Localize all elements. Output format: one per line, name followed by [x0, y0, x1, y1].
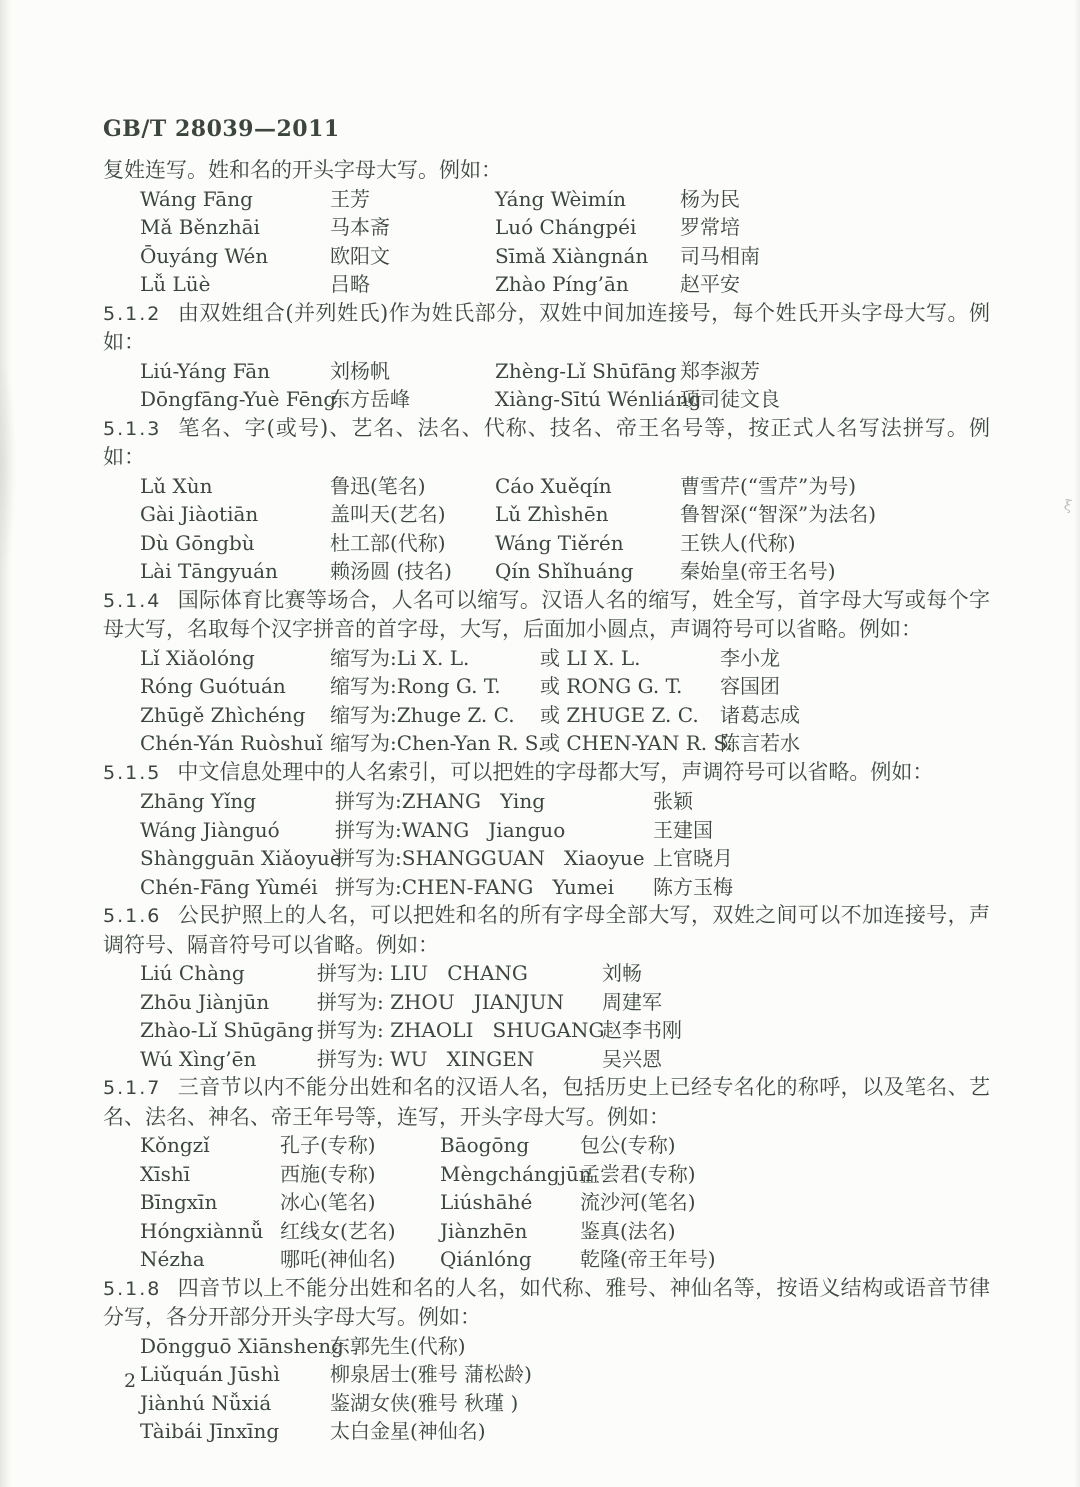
example-cell: 哪吒(神仙名): [280, 1245, 440, 1274]
example-cell: Lǔ Xùn: [140, 472, 330, 501]
example-row: Wú Xìng’ēn拼写为: WU XINGEN吴兴恩: [140, 1045, 990, 1074]
example-row: Chén-Yán Ruòshuǐ缩写为:Chen-Yan R. S.或 CHEN…: [140, 729, 990, 758]
example-cell: Xiàng-Sītú Wénliáng: [495, 385, 680, 414]
example-cell: Bāogōng: [440, 1131, 580, 1160]
margin-pencil-mark: ξ: [1063, 497, 1073, 514]
example-cell: 欧阳文: [330, 242, 495, 271]
example-cell: 杨为民: [680, 185, 990, 214]
example-cell: 西施(专称): [280, 1160, 440, 1189]
example-cell: 东郭先生(代称): [330, 1332, 990, 1361]
example-cell: Nézha: [140, 1245, 280, 1274]
scan-right-edge-artifact: [1074, 0, 1080, 1487]
example-cell: Yáng Wèimín: [495, 185, 680, 214]
example-cell: 李小龙: [720, 644, 990, 673]
example-table: Dōngguō Xiānsheng东郭先生(代称)Liǔquán Jūshì柳泉…: [140, 1332, 990, 1446]
clause-text: 四音节以上不能分出姓和名的人名，如代称、雅号、神仙名等，按语义结构或语音节律分写…: [103, 1276, 990, 1330]
example-cell: Lǚ Lüè: [140, 270, 330, 299]
example-cell: 刘畅: [602, 959, 990, 988]
example-table: Zhāng Yǐng拼写为:ZHANG Ying张颖Wáng Jiànguó拼写…: [140, 787, 990, 901]
example-cell: Hóngxiànnǚ: [140, 1217, 280, 1246]
example-cell: Tàibái Jīnxīng: [140, 1417, 330, 1446]
example-row: Lǐ Xiǎolóng缩写为:Li X. L.或 LI X. L.李小龙: [140, 644, 990, 673]
example-cell: Xīshī: [140, 1160, 280, 1189]
example-cell: Chén-Yán Ruòshuǐ: [140, 729, 330, 758]
clause-text: 由双姓组合(并列姓氏)作为姓氏部分，双姓中间加连接号，每个姓氏开头字母大写。例如…: [103, 301, 990, 355]
example-cell: Mèngchángjūn: [440, 1160, 580, 1189]
example-cell: 东方岳峰: [330, 385, 495, 414]
clause-number: 5.1.8: [103, 1278, 161, 1300]
example-row: Shàngguān Xiǎoyuè拼写为:SHANGGUAN Xiaoyue上官…: [140, 844, 990, 873]
example-cell: Wú Xìng’ēn: [140, 1045, 317, 1074]
example-row: Bīngxīn冰心(笔名)Liúshāhé流沙河(笔名): [140, 1188, 990, 1217]
example-cell: 拼写为:SHANGGUAN Xiaoyue: [335, 844, 653, 873]
clause-text: 三音节以内不能分出姓和名的汉语人名，包括历史上已经专名化的称呼，以及笔名、艺名、…: [103, 1075, 990, 1129]
example-row: Róng Guótuán缩写为:Rong G. T.或 RONG G. T.容国…: [140, 672, 990, 701]
continuation-paragraph: 复姓连写。姓和名的开头字母大写。例如：: [103, 156, 990, 185]
clause-number: 5.1.4: [103, 590, 161, 612]
example-cell: 司马相南: [680, 242, 990, 271]
example-row: Zhūgě Zhìchéng缩写为:Zhuge Z. C.或 ZHUGE Z. …: [140, 701, 990, 730]
example-cell: Luó Chángpéi: [495, 213, 680, 242]
example-cell: 拼写为: ZHAOLI SHUGANG: [317, 1016, 602, 1045]
example-cell: 孟尝君(专称): [580, 1160, 990, 1189]
example-table: Wáng Fāng王芳Yáng Wèimín杨为民Mǎ Běnzhāi马本斋Lu…: [140, 185, 990, 299]
scan-left-smudge-artifact: [0, 360, 16, 570]
example-cell: Wáng Fāng: [140, 185, 330, 214]
example-cell: Róng Guótuán: [140, 672, 330, 701]
example-row: Chén-Fāng Yùméi拼写为:CHEN-FANG Yumei陈方玉梅: [140, 873, 990, 902]
example-cell: Jiànhú Nǚxiá: [140, 1389, 330, 1418]
clause-text: 复姓连写。姓和名的开头字母大写。例如：: [103, 158, 502, 182]
example-row: Liú Chàng拼写为: LIU CHANG刘畅: [140, 959, 990, 988]
example-cell: 陈言若水: [720, 729, 990, 758]
example-cell: Chén-Fāng Yùméi: [140, 873, 335, 902]
clause-number: 5.1.2: [103, 303, 161, 325]
example-cell: Zhūgě Zhìchéng: [140, 701, 330, 730]
clause-paragraph: 5.1.2由双姓组合(并列姓氏)作为姓氏部分，双姓中间加连接号，每个姓氏开头字母…: [103, 299, 990, 357]
example-cell: 王铁人(代称): [680, 529, 990, 558]
scan-left-edge-artifact: [0, 0, 12, 1487]
example-cell: 上官晓月: [653, 844, 990, 873]
example-cell: Kǒngzǐ: [140, 1131, 280, 1160]
example-cell: 太白金星(神仙名): [330, 1417, 990, 1446]
standard-number-header: GB/T 28039—2011: [103, 116, 340, 142]
example-table: Lǔ Xùn鲁迅(笔名)Cáo Xuěqín曹雪芹(“雪芹”为号)Gài Jià…: [140, 472, 990, 586]
example-cell: 缩写为:Li X. L.: [330, 644, 540, 673]
example-cell: 鉴湖女侠(雅号 秋瑾 ): [330, 1389, 990, 1418]
example-cell: 拼写为:CHEN-FANG Yumei: [335, 873, 653, 902]
example-cell: Dù Gōngbù: [140, 529, 330, 558]
example-cell: 郑李淑芳: [680, 357, 990, 386]
example-cell: 拼写为: WU XINGEN: [317, 1045, 602, 1074]
example-cell: 缩写为:Chen-Yan R. S.: [330, 729, 540, 758]
example-table: Liú-Yáng Fān刘杨帆Zhèng-Lǐ Shūfāng郑李淑芳Dōngf…: [140, 357, 990, 414]
example-cell: 曹雪芹(“雪芹”为号): [680, 472, 990, 501]
example-row: Ōuyáng Wén欧阳文Sīmǎ Xiàngnán司马相南: [140, 242, 990, 271]
example-cell: 赵李书刚: [602, 1016, 990, 1045]
clause-paragraph: 5.1.3笔名、字(或号)、艺名、法名、代称、技名、帝王名号等，按正式人名写法拼…: [103, 414, 990, 472]
example-cell: Ōuyáng Wén: [140, 242, 330, 271]
example-cell: 诸葛志成: [720, 701, 990, 730]
example-cell: Zhào-Lǐ Shūgāng: [140, 1016, 317, 1045]
example-cell: 赵平安: [680, 270, 990, 299]
example-cell: Dōngfāng-Yuè Fēng: [140, 385, 330, 414]
example-cell: Liú-Yáng Fān: [140, 357, 330, 386]
clause-paragraph: 5.1.7三音节以内不能分出姓和名的汉语人名，包括历史上已经专名化的称呼，以及笔…: [103, 1073, 990, 1131]
example-row: Zhào-Lǐ Shūgāng拼写为: ZHAOLI SHUGANG赵李书刚: [140, 1016, 990, 1045]
example-cell: 或 CHEN-YAN R. S.: [540, 729, 720, 758]
example-cell: 红线女(艺名): [280, 1217, 440, 1246]
clause-number: 5.1.6: [103, 905, 161, 927]
example-row: Mǎ Běnzhāi马本斋Luó Chángpéi罗常培: [140, 213, 990, 242]
clause-paragraph: 5.1.8四音节以上不能分出姓和名的人名，如代称、雅号、神仙名等，按语义结构或语…: [103, 1274, 990, 1332]
example-row: Dōngfāng-Yuè Fēng东方岳峰Xiàng-Sītú Wénliáng…: [140, 385, 990, 414]
example-row: Lǚ Lüè吕略Zhào Píng’ān赵平安: [140, 270, 990, 299]
clause-paragraph: 5.1.6公民护照上的人名，可以把姓和名的所有字母全部大写，双姓之间可以不加连接…: [103, 901, 990, 959]
example-row: Wáng Fāng王芳Yáng Wèimín杨为民: [140, 185, 990, 214]
example-row: Tàibái Jīnxīng太白金星(神仙名): [140, 1417, 990, 1446]
example-cell: 吕略: [330, 270, 495, 299]
example-cell: Mǎ Běnzhāi: [140, 213, 330, 242]
example-row: Zhāng Yǐng拼写为:ZHANG Ying张颖: [140, 787, 990, 816]
example-row: Hóngxiànnǚ红线女(艺名)Jiànzhēn鉴真(法名): [140, 1217, 990, 1246]
example-cell: 或 ZHUGE Z. C.: [540, 701, 720, 730]
example-cell: 秦始皇(帝王名号): [680, 557, 990, 586]
example-cell: 柳泉居士(雅号 蒲松龄): [330, 1360, 990, 1389]
example-cell: Zhāng Yǐng: [140, 787, 335, 816]
clause-paragraph: 5.1.5中文信息处理中的人名索引，可以把姓的字母都大写，声调符号可以省略。例如…: [103, 758, 990, 788]
example-cell: 赖汤圆 (技名): [330, 557, 495, 586]
example-cell: Lǔ Zhìshēn: [495, 500, 680, 529]
example-cell: 拼写为: ZHOU JIANJUN: [317, 988, 602, 1017]
clause-number: 5.1.3: [103, 418, 161, 440]
example-row: Liú-Yáng Fān刘杨帆Zhèng-Lǐ Shūfāng郑李淑芳: [140, 357, 990, 386]
example-cell: 或 LI X. L.: [540, 644, 720, 673]
example-row: Wáng Jiànguó拼写为:WANG Jianguo王建国: [140, 816, 990, 845]
example-cell: 罗常培: [680, 213, 990, 242]
example-cell: 拼写为: LIU CHANG: [317, 959, 602, 988]
example-cell: 孔子(专称): [280, 1131, 440, 1160]
example-row: Xīshī西施(专称)Mèngchángjūn孟尝君(专称): [140, 1160, 990, 1189]
example-cell: Qín Shǐhuáng: [495, 557, 680, 586]
example-cell: 乾隆(帝王年号): [580, 1245, 990, 1274]
example-row: Lài Tāngyuán赖汤圆 (技名)Qín Shǐhuáng秦始皇(帝王名号…: [140, 557, 990, 586]
example-cell: 缩写为:Rong G. T.: [330, 672, 540, 701]
clause-text: 国际体育比赛等场合，人名可以缩写。汉语人名的缩写，姓全写，首字母大写或每个字母大…: [103, 588, 990, 642]
example-row: Gài Jiàotiān盖叫天(艺名)Lǔ Zhìshēn鲁智深(“智深”为法名…: [140, 500, 990, 529]
example-cell: 王芳: [330, 185, 495, 214]
example-cell: 包公(专称): [580, 1131, 990, 1160]
page-number: 2: [124, 1370, 136, 1392]
example-cell: 周建军: [602, 988, 990, 1017]
example-cell: Jiànzhēn: [440, 1217, 580, 1246]
example-row: Dōngguō Xiānsheng东郭先生(代称): [140, 1332, 990, 1361]
example-cell: 拼写为:ZHANG Ying: [335, 787, 653, 816]
clause-text: 公民护照上的人名，可以把姓和名的所有字母全部大写，双姓之间可以不加连接号，声调符…: [103, 903, 990, 957]
clause-number: 5.1.7: [103, 1077, 161, 1099]
example-cell: Qiánlóng: [440, 1245, 580, 1274]
document-body: 复姓连写。姓和名的开头字母大写。例如：Wáng Fāng王芳Yáng Wèimí…: [103, 156, 990, 1446]
example-row: Lǔ Xùn鲁迅(笔名)Cáo Xuěqín曹雪芹(“雪芹”为号): [140, 472, 990, 501]
example-cell: Lài Tāngyuán: [140, 557, 330, 586]
example-row: Jiànhú Nǚxiá鉴湖女侠(雅号 秋瑾 ): [140, 1389, 990, 1418]
example-cell: Zhào Píng’ān: [495, 270, 680, 299]
clause-text: 笔名、字(或号)、艺名、法名、代称、技名、帝王名号等，按正式人名写法拼写。例如：: [103, 416, 990, 470]
example-cell: Liú Chàng: [140, 959, 317, 988]
example-cell: 冰心(笔名): [280, 1188, 440, 1217]
example-table: Liú Chàng拼写为: LIU CHANG刘畅Zhōu Jiànjūn拼写为…: [140, 959, 990, 1073]
example-cell: Zhèng-Lǐ Shūfāng: [495, 357, 680, 386]
example-cell: 缩写为:Zhuge Z. C.: [330, 701, 540, 730]
example-cell: Liǔquán Jūshì: [140, 1360, 330, 1389]
clause-number: 5.1.5: [103, 762, 161, 784]
example-row: Liǔquán Jūshì柳泉居士(雅号 蒲松龄): [140, 1360, 990, 1389]
example-cell: Sīmǎ Xiàngnán: [495, 242, 680, 271]
example-cell: 鲁迅(笔名): [330, 472, 495, 501]
example-cell: Wáng Jiànguó: [140, 816, 335, 845]
example-cell: 流沙河(笔名): [580, 1188, 990, 1217]
example-cell: 鲁智深(“智深”为法名): [680, 500, 990, 529]
example-cell: 鉴真(法名): [580, 1217, 990, 1246]
example-table: Kǒngzǐ孔子(专称)Bāogōng包公(专称)Xīshī西施(专称)Mèng…: [140, 1131, 990, 1274]
example-cell: 刘杨帆: [330, 357, 495, 386]
clause-text: 中文信息处理中的人名索引，可以把姓的字母都大写，声调符号可以省略。例如：: [177, 760, 933, 784]
example-cell: 拼写为:WANG Jianguo: [335, 816, 653, 845]
example-row: Kǒngzǐ孔子(专称)Bāogōng包公(专称): [140, 1131, 990, 1160]
clause-paragraph: 5.1.4国际体育比赛等场合，人名可以缩写。汉语人名的缩写，姓全写，首字母大写或…: [103, 586, 990, 644]
example-cell: Bīngxīn: [140, 1188, 280, 1217]
example-cell: Gài Jiàotiān: [140, 500, 330, 529]
example-cell: Shàngguān Xiǎoyuè: [140, 844, 335, 873]
example-cell: Lǐ Xiǎolóng: [140, 644, 330, 673]
example-cell: Dōngguō Xiānsheng: [140, 1332, 330, 1361]
example-cell: 容国团: [720, 672, 990, 701]
example-cell: 或 RONG G. T.: [540, 672, 720, 701]
example-row: Zhōu Jiànjūn拼写为: ZHOU JIANJUN周建军: [140, 988, 990, 1017]
example-cell: 马本斋: [330, 213, 495, 242]
example-cell: 盖叫天(艺名): [330, 500, 495, 529]
example-cell: Cáo Xuěqín: [495, 472, 680, 501]
example-cell: Wáng Tiěrén: [495, 529, 680, 558]
example-cell: 杜工部(代称): [330, 529, 495, 558]
example-cell: Liúshāhé: [440, 1188, 580, 1217]
example-cell: 项司徒文良: [680, 385, 990, 414]
example-row: Nézha哪吒(神仙名)Qiánlóng乾隆(帝王年号): [140, 1245, 990, 1274]
example-cell: 王建国: [653, 816, 990, 845]
example-cell: 陈方玉梅: [653, 873, 990, 902]
example-row: Dù Gōngbù杜工部(代称)Wáng Tiěrén王铁人(代称): [140, 529, 990, 558]
scanned-document-page: ξ GB/T 28039—2011 复姓连写。姓和名的开头字母大写。例如：Wán…: [0, 0, 1080, 1487]
example-cell: Zhōu Jiànjūn: [140, 988, 317, 1017]
example-table: Lǐ Xiǎolóng缩写为:Li X. L.或 LI X. L.李小龙Róng…: [140, 644, 990, 758]
example-cell: 吴兴恩: [602, 1045, 990, 1074]
example-cell: 张颖: [653, 787, 990, 816]
